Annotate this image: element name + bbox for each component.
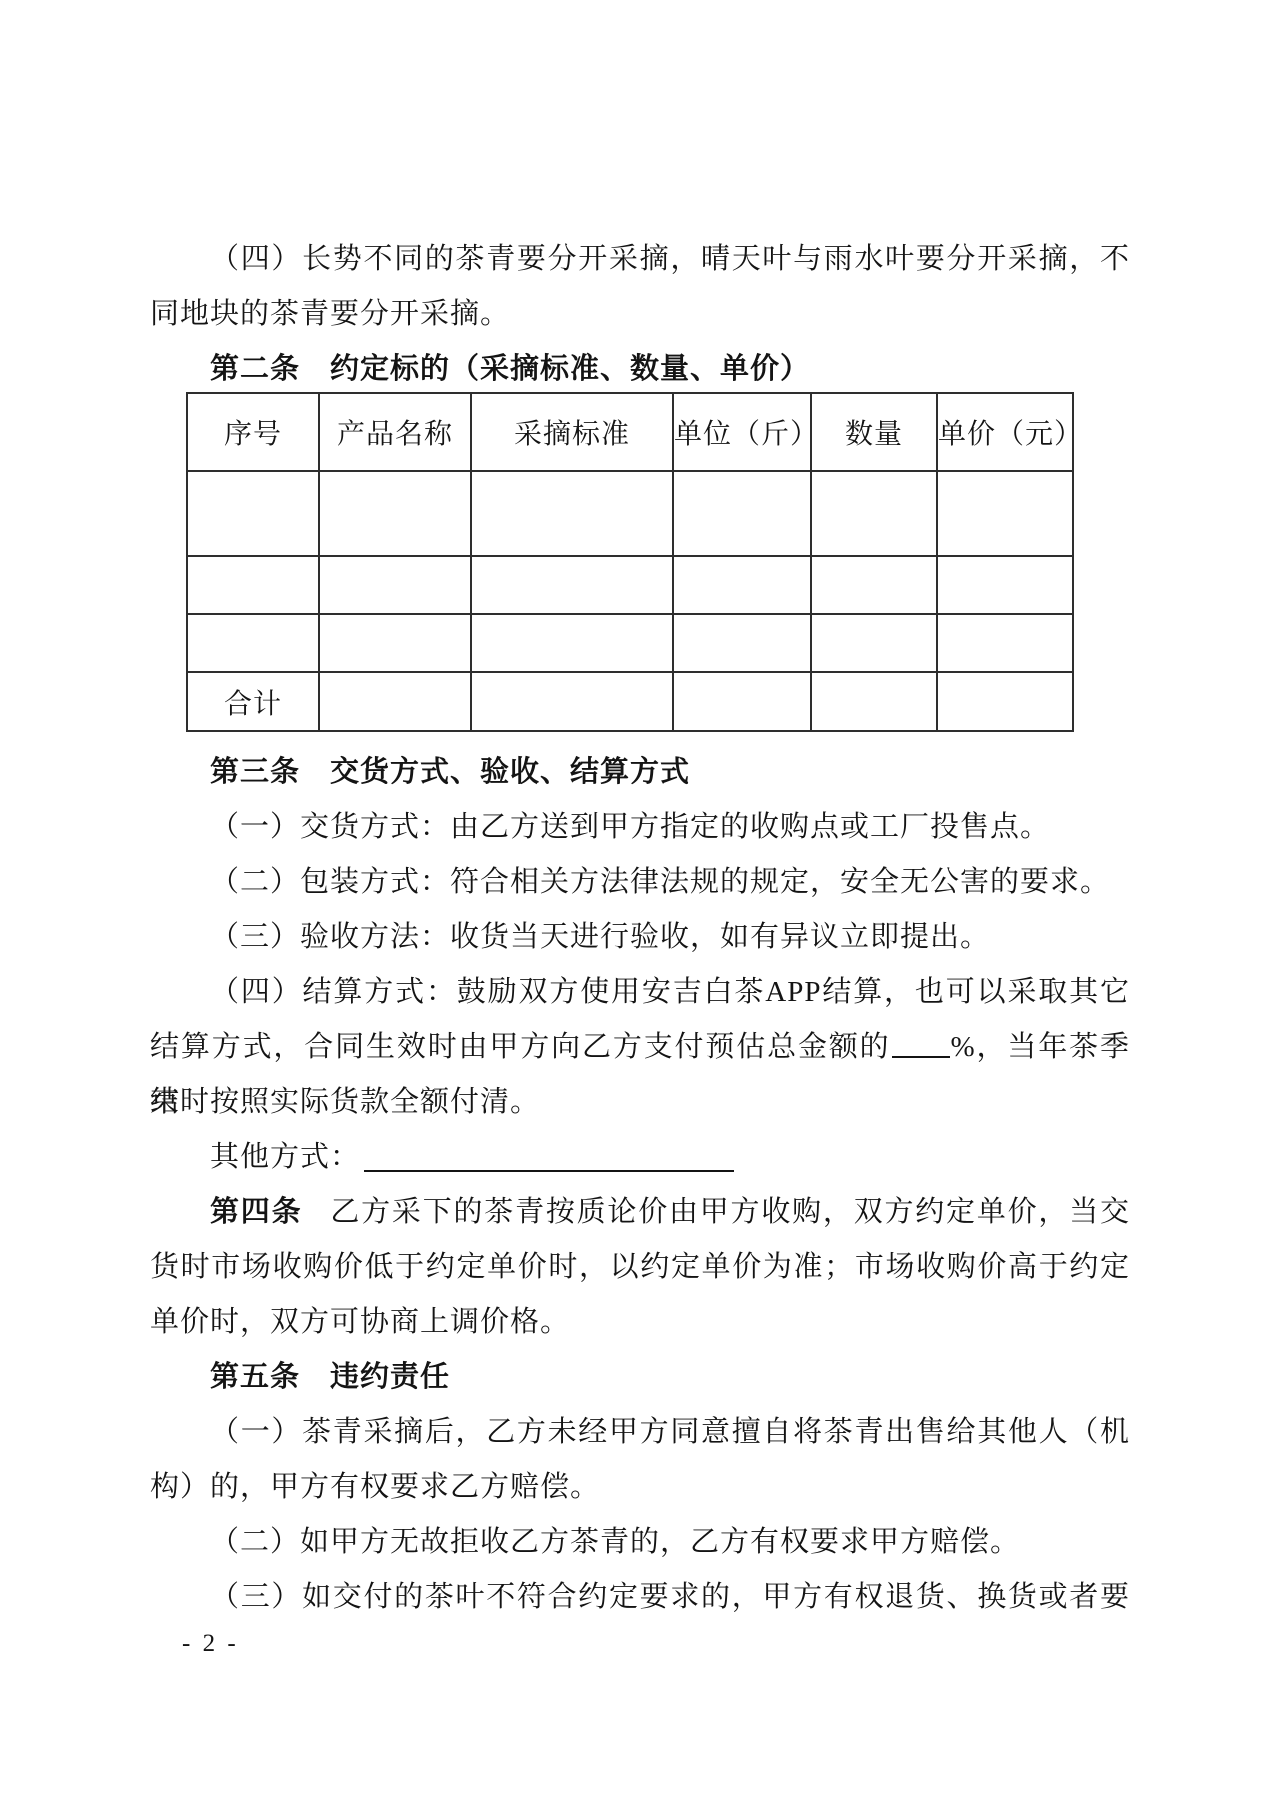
table-cell-empty	[471, 471, 673, 556]
table-cell-empty	[937, 556, 1073, 614]
products-table: 序号 产品名称 采摘标准 单位（斤） 数量 单价（元） 合计	[186, 392, 1074, 732]
table-total-row: 合计	[187, 672, 1073, 731]
other-method-line: 其他方式：	[150, 1130, 1130, 1185]
table-header-unit-price: 单价（元）	[937, 393, 1073, 471]
article5-heading: 第五条 违约责任	[150, 1350, 1130, 1405]
clause4-line-2: 同地块的茶青要分开采摘。	[150, 287, 1130, 342]
table-cell-empty	[673, 471, 811, 556]
fill-in-blank-percent	[892, 1056, 950, 1058]
table-cell-empty	[187, 471, 319, 556]
table-cell-empty	[319, 672, 471, 731]
document-content: （四）长势不同的茶青要分开采摘，晴天叶与雨水叶要分开采摘，不 同地块的茶青要分开…	[150, 232, 1130, 1625]
article3-item-4-line-1: （四）结算方式：鼓励双方使用安吉白茶APP结算，也可以采取其它	[150, 965, 1130, 1020]
article5-item-1-line-2: 构）的，甲方有权要求乙方赔偿。	[150, 1460, 1130, 1515]
table-cell-empty	[319, 556, 471, 614]
table-header-product-name: 产品名称	[319, 393, 471, 471]
clause4-line-1: （四）长势不同的茶青要分开采摘，晴天叶与雨水叶要分开采摘，不	[150, 232, 1130, 287]
article4-label: 第四条	[210, 1196, 302, 1228]
article5-item-1-line-1: （一）茶青采摘后，乙方未经甲方同意擅自将茶青出售给其他人（机	[150, 1405, 1130, 1460]
article3-item-4-line-3: 束时按照实际货款全额付清。	[150, 1075, 1130, 1130]
table-cell-empty	[937, 672, 1073, 731]
other-method-label: 其他方式：	[210, 1141, 360, 1173]
table-cell-empty	[811, 672, 937, 731]
table-cell-empty	[471, 556, 673, 614]
table-header-index: 序号	[187, 393, 319, 471]
table-cell-empty	[187, 614, 319, 672]
fill-in-blank-other-method	[364, 1170, 734, 1172]
table-cell-empty	[811, 471, 937, 556]
article4-line-1: 第四条乙方采下的茶青按质论价由甲方收购，双方约定单价，当交	[150, 1185, 1130, 1240]
table-header-picking-standard: 采摘标准	[471, 393, 673, 471]
table-header-row: 序号 产品名称 采摘标准 单位（斤） 数量 单价（元）	[187, 393, 1073, 471]
article4-line-2: 货时市场收购价低于约定单价时，以约定单价为准；市场收购价高于约定	[150, 1240, 1130, 1295]
article3-item-1: （一）交货方式：由乙方送到甲方指定的收购点或工厂投售点。	[150, 800, 1130, 855]
table-row	[187, 614, 1073, 672]
article5-item-2: （二）如甲方无故拒收乙方茶青的，乙方有权要求甲方赔偿。	[150, 1515, 1130, 1570]
table-cell-empty	[673, 672, 811, 731]
table-row	[187, 471, 1073, 556]
settlement-text-pre: 结算方式，合同生效时由甲方向乙方支付预估总金额的	[150, 1031, 891, 1063]
article3-item-3: （三）验收方法：收货当天进行验收，如有异议立即提出。	[150, 910, 1130, 965]
table-cell-empty	[811, 556, 937, 614]
table-cell-empty	[319, 471, 471, 556]
table-header-quantity: 数量	[811, 393, 937, 471]
article4-text: 乙方采下的茶青按质论价由甲方收购，双方约定单价，当交	[330, 1196, 1130, 1228]
table-row	[187, 556, 1073, 614]
table-cell-empty	[673, 556, 811, 614]
article3-item-4-line-2: 结算方式，合同生效时由甲方向乙方支付预估总金额的%，当年茶季结	[150, 1020, 1130, 1075]
table-cell-empty	[673, 614, 811, 672]
article4-line-3: 单价时，双方可协商上调价格。	[150, 1295, 1130, 1350]
document-page: （四）长势不同的茶青要分开采摘，晴天叶与雨水叶要分开采摘，不 同地块的茶青要分开…	[0, 0, 1280, 1810]
table-cell-empty	[811, 614, 937, 672]
table-cell-empty	[937, 614, 1073, 672]
article3-heading: 第三条 交货方式、验收、结算方式	[150, 745, 1130, 800]
article5-item-3: （三）如交付的茶叶不符合约定要求的，甲方有权退货、换货或者要	[150, 1570, 1130, 1625]
table-header-unit: 单位（斤）	[673, 393, 811, 471]
page-number: - 2 -	[182, 1630, 239, 1658]
table-cell-empty	[471, 672, 673, 731]
table-total-label: 合计	[187, 672, 319, 731]
table-cell-empty	[471, 614, 673, 672]
table-cell-empty	[187, 556, 319, 614]
article2-heading: 第二条 约定标的（采摘标准、数量、单价）	[150, 342, 1130, 397]
table-cell-empty	[937, 471, 1073, 556]
table-cell-empty	[319, 614, 471, 672]
article3-item-2: （二）包装方式：符合相关方法律法规的规定，安全无公害的要求。	[150, 855, 1130, 910]
